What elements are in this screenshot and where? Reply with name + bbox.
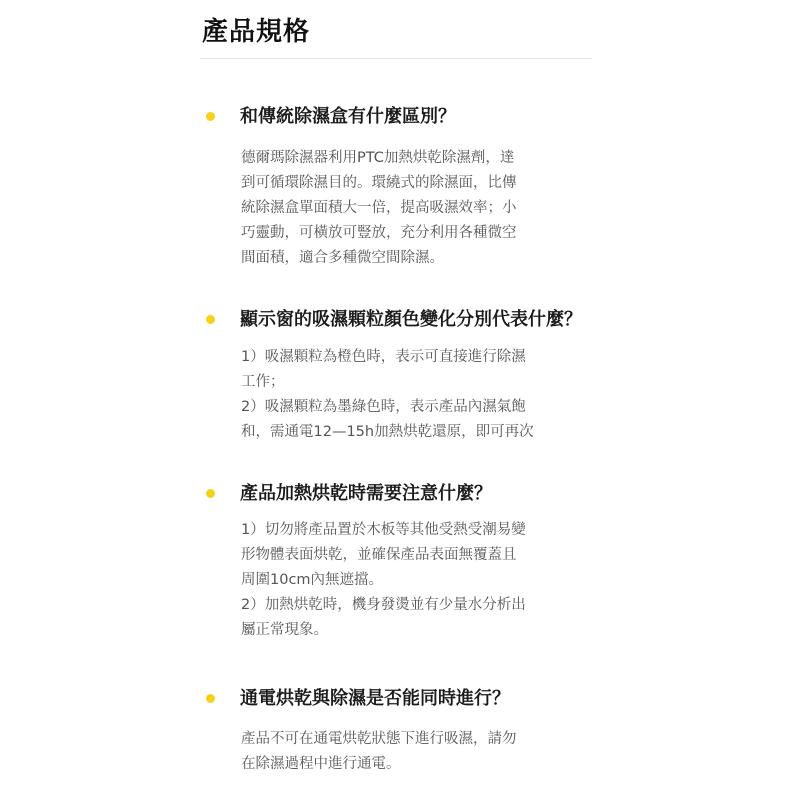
faq-question: 顯示窗的吸濕顆粒顏色變化分別代表什麼？ (240, 307, 582, 333)
answer-line: 間面積，適合多種微空間除濕。 (241, 246, 541, 271)
faq-question: 產品加熱烘乾時需要注意什麼？ (240, 481, 492, 507)
faq-question: 和傳統除濕盒有什麼區別？ (240, 104, 456, 130)
answer-line: 和，需通電12—15h加熱烘乾還原，即可再次 (241, 420, 541, 445)
faq-question: 通電烘乾與除濕是否能同時進行？ (240, 686, 510, 712)
answer-line: 德爾瑪除濕器利用PTC加熱烘乾除濕劑，達 (241, 146, 541, 171)
faq-answer: 1）吸濕顆粒為橙色時，表示可直接進行除濕 工作； 2）吸濕顆粒為墨綠色時，表示產… (241, 345, 541, 445)
title-divider (200, 58, 592, 59)
answer-line: 到可循環除濕目的。環繞式的除濕面，比傳 (241, 171, 541, 196)
answer-line: 形物體表面烘乾，並確保產品表面無覆蓋且 (241, 543, 541, 568)
answer-line: 周圍10cm內無遮擋。 (241, 568, 541, 593)
answer-line: 1）切勿將產品置於木板等其他受熱受潮易變 (241, 518, 541, 543)
page-title: 產品規格 (202, 14, 310, 50)
answer-line: 2）吸濕顆粒為墨綠色時，表示產品內濕氣飽 (241, 395, 541, 420)
answer-line: 產品不可在通電烘乾狀態下進行吸濕，請勿 (241, 727, 541, 752)
answer-line: 屬正常現象。 (241, 618, 541, 643)
bullet-dot-icon (206, 315, 215, 324)
bullet-dot-icon (206, 112, 215, 121)
faq-answer: 1）切勿將產品置於木板等其他受熱受潮易變 形物體表面烘乾，並確保產品表面無覆蓋且… (241, 518, 541, 643)
answer-line: 統除濕盒單面積大一倍，提高吸濕效率；小 (241, 196, 541, 221)
answer-line: 1）吸濕顆粒為橙色時，表示可直接進行除濕 (241, 345, 541, 370)
faq-answer: 產品不可在通電烘乾狀態下進行吸濕，請勿 在除濕過程中進行通電。 (241, 727, 541, 777)
answer-line: 2）加熱烘乾時，機身發燙並有少量水分析出 (241, 593, 541, 618)
faq-answer: 德爾瑪除濕器利用PTC加熱烘乾除濕劑，達 到可循環除濕目的。環繞式的除濕面，比傳… (241, 146, 541, 271)
answer-line: 在除濕過程中進行通電。 (241, 752, 541, 777)
answer-line: 巧靈動，可橫放可豎放，充分利用各種微空 (241, 221, 541, 246)
answer-line: 工作； (241, 370, 541, 395)
bullet-dot-icon (206, 694, 215, 703)
bullet-dot-icon (206, 489, 215, 498)
